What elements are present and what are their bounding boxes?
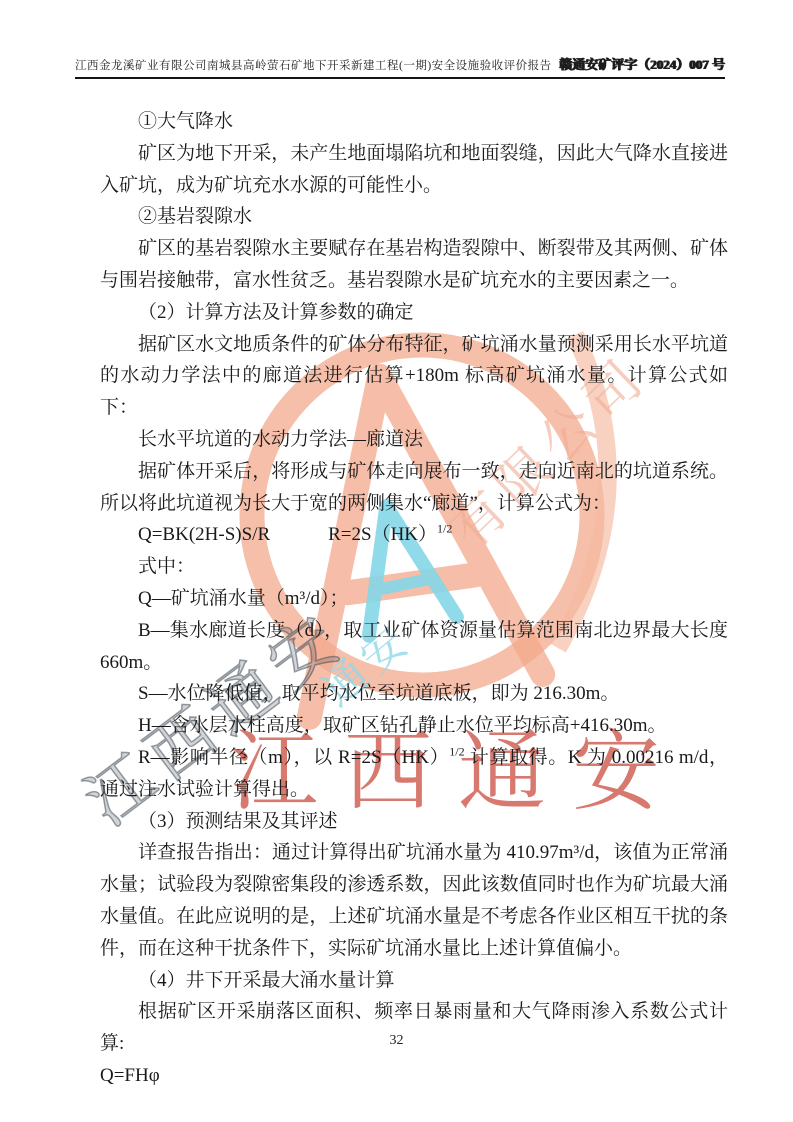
para-prediction-result: 详查报告指出：通过计算得出矿坑涌水量为 410.97m³/d，该值为正常涌水量；…	[100, 837, 728, 964]
para-prediction-heading: （3）预测结果及其评述	[100, 806, 728, 838]
para-atmospheric-precipitation-heading: ①大气降水	[100, 106, 728, 138]
document-page: 有限公司 江西通安 通安 江西通安 江西金龙溪矿业有限公司南城县高岭萤石矿地下开…	[0, 0, 793, 1122]
document-number: 赣通安矿评字（2024）007 号	[559, 54, 725, 73]
para-where: 式中：	[100, 551, 728, 583]
para-b-definition: B—集水廊道长度（d），取工业矿体资源量估算范围南北边界最大长度660m。	[100, 615, 728, 679]
para-max-inflow-heading: （4）井下开采最大涌水量计算	[100, 965, 728, 997]
formula-q-sup: 1/2	[437, 522, 452, 536]
para-corridor-method-heading: 长水平坑道的水动力学法—廊道法	[100, 424, 728, 456]
para-h-definition: H—含水层水柱高度，取矿区钻孔静止水位平均标高+416.30m。	[100, 710, 728, 742]
para-r-definition: R—影响半径（m），以 R=2S（HK）1/2 计算取得。K 为 0.00216…	[100, 742, 728, 806]
formula-q-left: Q=BK(2H-S)S/R	[138, 524, 270, 545]
body-text: ①大气降水 矿区为地下开采，未产生地面塌陷坑和地面裂缝，因此大气降水直接进入矿坑…	[100, 106, 728, 1092]
formula-r-sup: 1/2	[449, 745, 464, 759]
para-corridor-description: 据矿体开采后，将形成与矿体走向展布一致，走向近南北的坑道系统。所以将此坑道视为长…	[100, 456, 728, 520]
page-content: 江西金龙溪矿业有限公司南城县高岭萤石矿地下开采新建工程(一期)安全设施验收评价报…	[0, 0, 793, 1122]
formula-r-pre: R—影响半径（m），以 R=2S（HK）	[138, 747, 449, 768]
para-calc-method-heading: （2）计算方法及计算参数的确定	[100, 297, 728, 329]
page-footer: 32	[0, 1033, 793, 1049]
para-bedrock-fissure: 矿区的基岩裂隙水主要赋存在基岩构造裂隙中、断裂带及其两侧、矿体与围岩接触带，富水…	[100, 233, 728, 297]
page-number: 32	[390, 1033, 404, 1048]
formula-q-right: R=2S（HK）	[328, 524, 437, 545]
para-bedrock-fissure-heading: ②基岩裂隙水	[100, 201, 728, 233]
formula-q-line: Q=BK(2H-S)S/RR=2S（HK）1/2	[100, 519, 728, 551]
para-q-definition: Q—矿坑涌水量（m³/d）；	[100, 583, 728, 615]
para-atmospheric-precipitation: 矿区为地下开采，未产生地面塌陷坑和地面裂缝，因此大气降水直接进入矿坑，成为矿坑充…	[100, 138, 728, 202]
para-calc-method: 据矿区水文地质条件的矿体分布特征，矿坑涌水量预测采用长水平坑道的水动力学法中的廊…	[100, 329, 728, 424]
report-title: 江西金龙溪矿业有限公司南城县高岭萤石矿地下开采新建工程(一期)安全设施验收评价报…	[75, 57, 552, 73]
para-max-inflow-basis: 根据矿区开采崩落区面积、频率日暴雨量和大气降雨渗入系数公式计算:	[100, 996, 728, 1060]
para-s-definition: S—水位降低值，取平均水位至坑道底板，即为 216.30m。	[100, 678, 728, 710]
formula-fh-line: Q=FHφ	[100, 1060, 728, 1092]
page-header: 江西金龙溪矿业有限公司南城县高岭萤石矿地下开采新建工程(一期)安全设施验收评价报…	[75, 54, 725, 79]
